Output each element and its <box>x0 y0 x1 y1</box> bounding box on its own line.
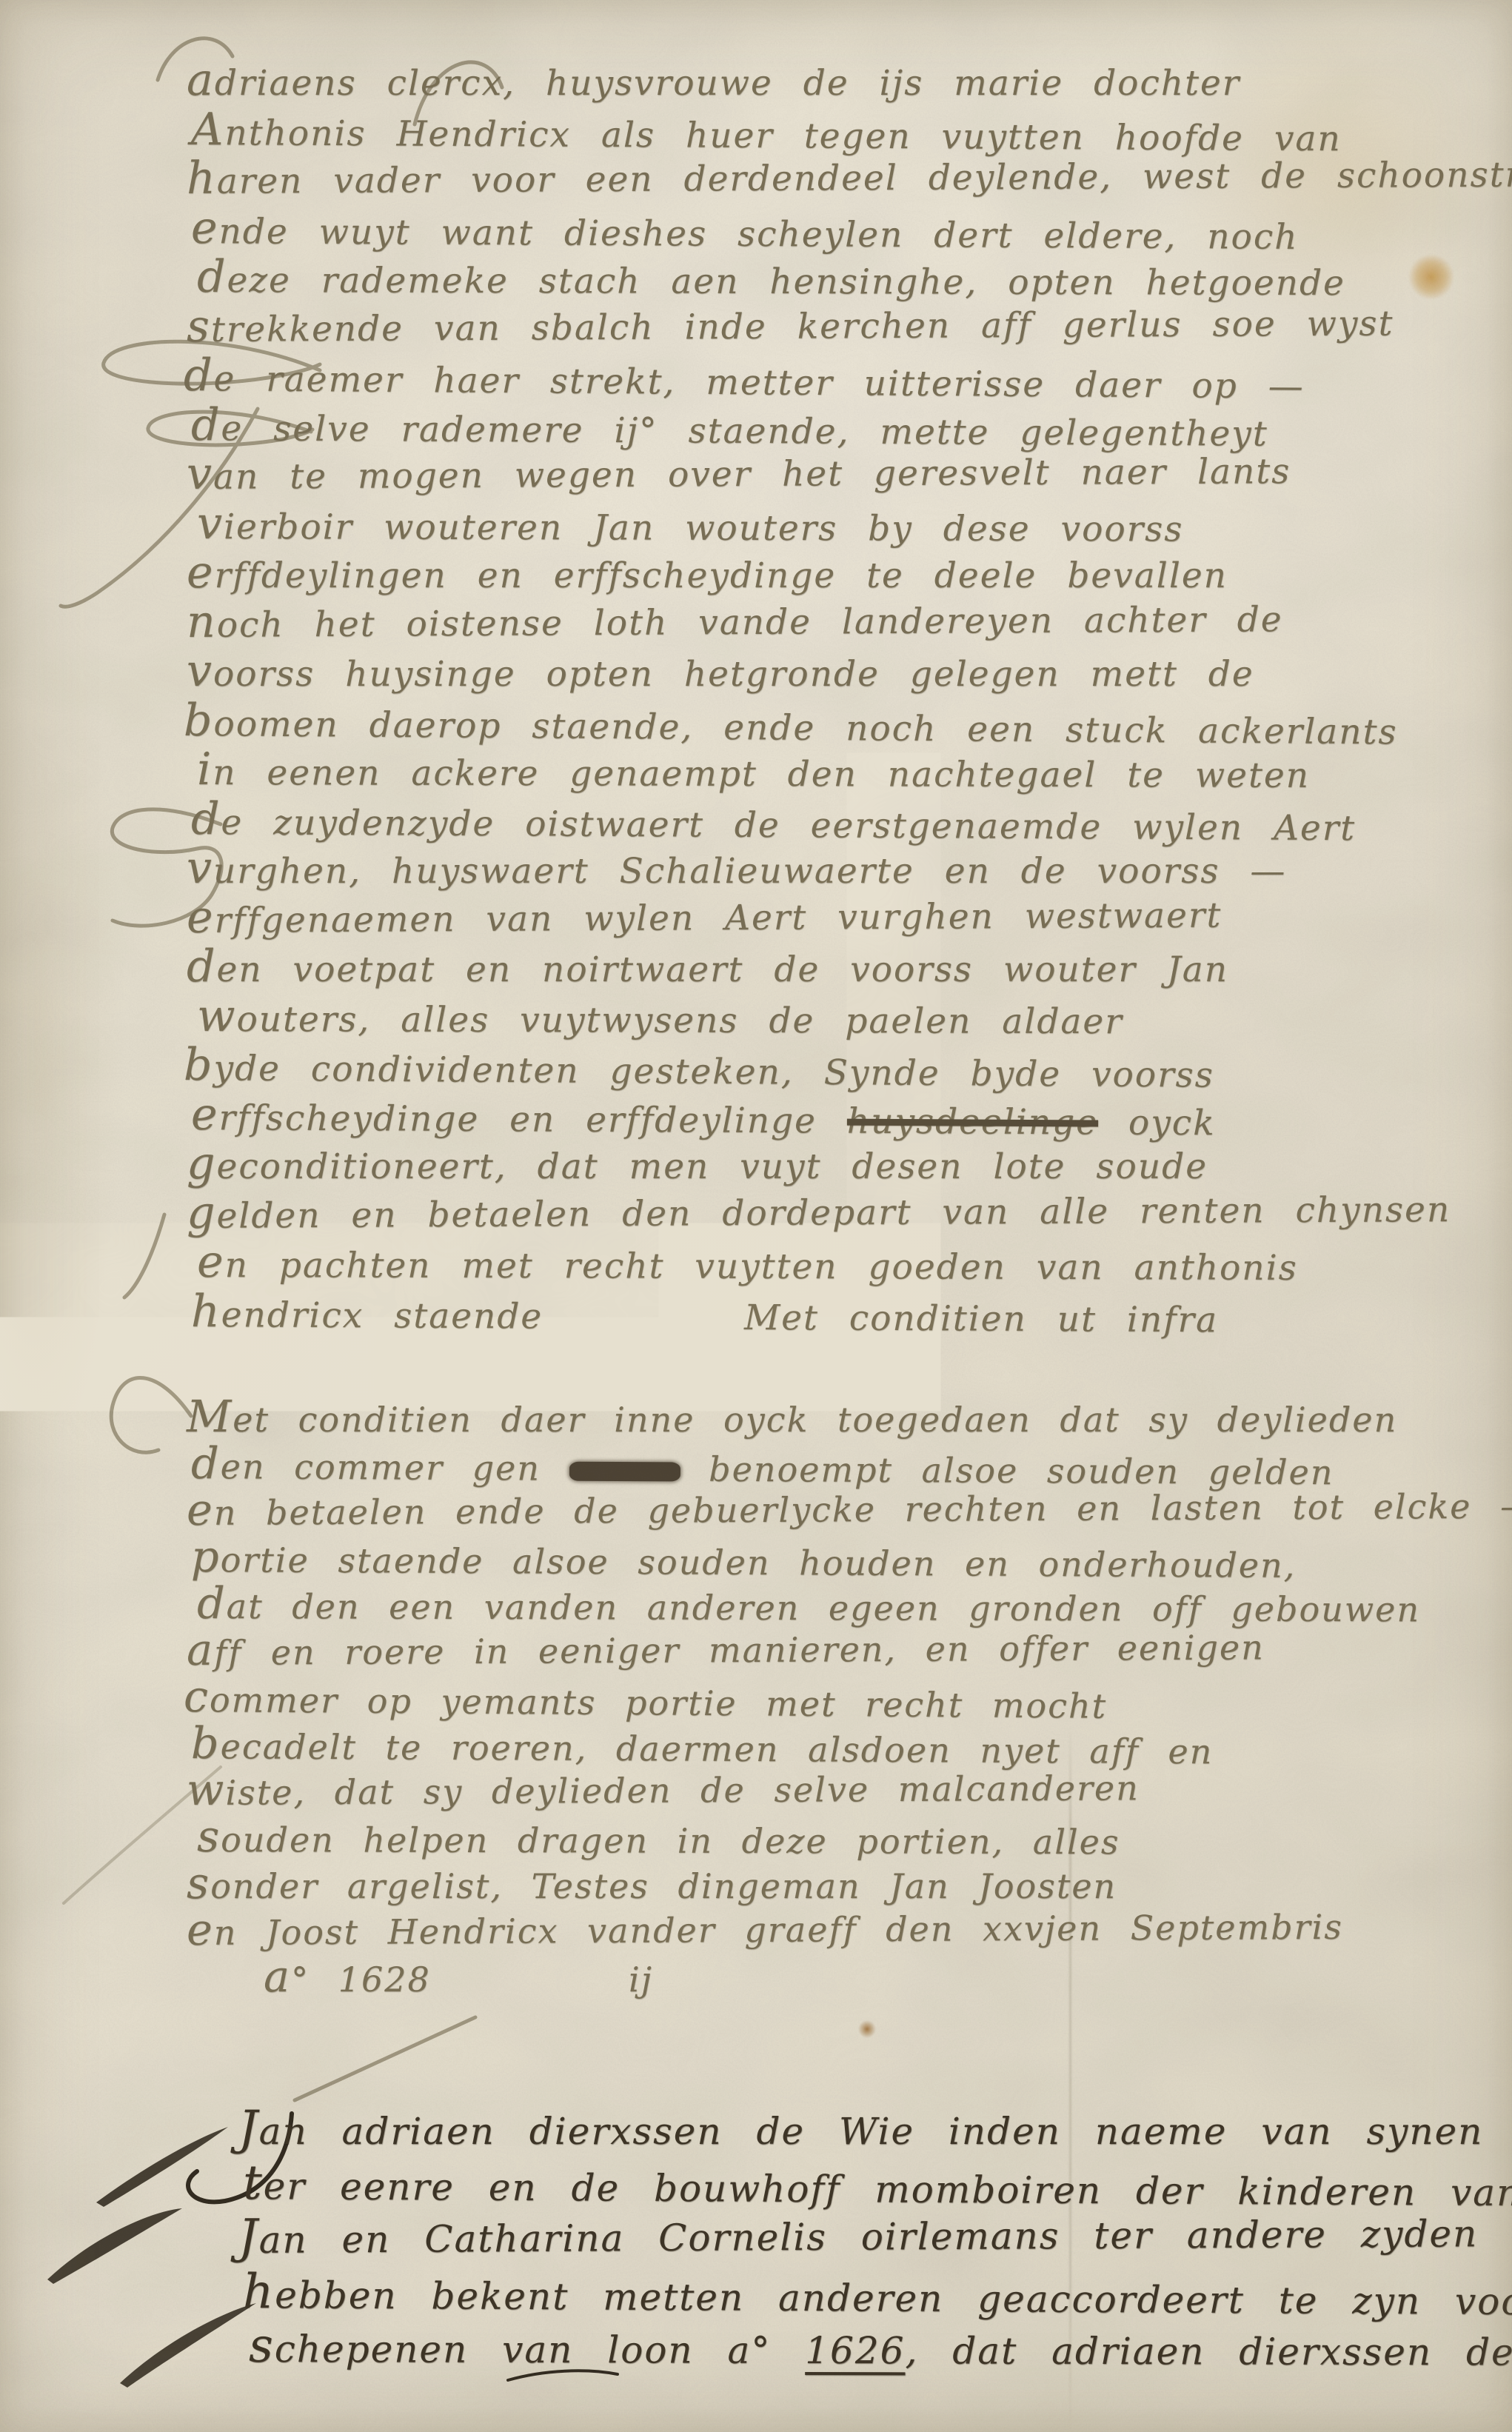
manuscript-line: byde condividenten gesteken, Synde byde … <box>184 1043 1472 1101</box>
manuscript-line: schepenen van loon a° 1626, dat adriaen … <box>249 2322 1478 2380</box>
manuscript-line: voorss huysinge opten hetgronde gelegen … <box>187 649 1475 698</box>
manuscript-line: a° 1628 ij <box>187 1955 1475 2002</box>
ink-blot <box>569 1462 680 1482</box>
foxing-spot <box>857 2020 877 2038</box>
manuscript-line: aff en roere in eeniger manieren, en off… <box>187 1622 1475 1675</box>
manuscript-line: hebben bekent metten anderen geaccordeer… <box>243 2268 1472 2329</box>
manuscript-line: adriaens clercx, huysvrouwe de ijs marie… <box>187 58 1475 107</box>
spacer <box>573 1328 714 1329</box>
manuscript-line: wiste, dat sy deylieden de selve malcand… <box>187 1762 1475 1815</box>
manuscript-line: en pachten met recht vuytten goeden van … <box>197 1240 1485 1292</box>
date-flourish-stroke <box>295 2017 475 2100</box>
pen-flourish <box>124 1215 164 1297</box>
manuscript-line: en Joost Hendricx vander graeff den xxvj… <box>187 1902 1475 1955</box>
manuscript-line: erffgenaemen van wylen Aert vurghen west… <box>187 888 1475 944</box>
pen-flourish-dark <box>120 2303 256 2388</box>
text-block-conditions: Met conditien daer inne oyck toegedaen d… <box>187 1395 1475 2002</box>
manuscript-line: de zuydenzyde oistwaert de eerstgenaemde… <box>191 797 1479 853</box>
manuscript-line: en betaelen ende de gebuerlycke rechten … <box>187 1482 1475 1535</box>
pen-flourish-dark <box>96 2127 228 2207</box>
manuscript-line: geconditioneert, dat men vuyt desen lote… <box>187 1141 1475 1191</box>
manuscript-line: wouters, alles vuytwysens de paelen alda… <box>197 994 1485 1046</box>
text-block-accord-1626: Jan adriaen dierxssen de Wie inden naeme… <box>238 2105 1468 2377</box>
manuscript-line: Met conditien daer inne oyck toegedaen d… <box>187 1395 1475 1442</box>
manuscript-line: in eenen ackere genaempt den nachtegael … <box>197 747 1485 800</box>
manuscript-line: haren vader voor een derdendeel deylende… <box>187 150 1475 206</box>
manuscript-line: sonder argelist, Testes dingeman Jan Joo… <box>187 1862 1475 1908</box>
manuscript-line: vurghen, huyswaert Schalieuwaerte en de … <box>187 846 1475 895</box>
manuscript-line: strekkende van sbalch inde kerchen aff g… <box>187 297 1475 353</box>
manuscript-line: vierboir wouteren Jan wouters by dese vo… <box>197 501 1485 554</box>
manuscript-line: Jan adriaen dierxssen de Wie inden naeme… <box>238 2105 1468 2159</box>
manuscript-line: souden helpen dragen in deze portien, al… <box>197 1815 1485 1865</box>
pen-flourish <box>111 1377 191 1452</box>
underlined-date: 1626 <box>805 2329 905 2372</box>
manuscript-line: den voetpat en noirtwaert de voorss wout… <box>187 944 1475 994</box>
damp-stain <box>0 607 126 1459</box>
manuscript-line: hendricx staende Met conditien ut infra <box>191 1289 1479 1346</box>
manuscript-line: ende wuyt want dieshes scheylen dert eld… <box>191 206 1479 262</box>
manuscript-line: de raemer haer strekt, metter uitterisse… <box>184 353 1472 412</box>
manuscript-line: van te mogen wegen over het geresvelt na… <box>187 445 1475 501</box>
pen-flourish-dark <box>47 2208 182 2284</box>
manuscript-line: gelden en betaelen den dordepart van all… <box>187 1183 1475 1240</box>
manuscript-line: portie staende alsoe souden houden en on… <box>191 1535 1479 1589</box>
manuscript-line: Jan en Catharina Cornelis oirlemans ter … <box>238 2207 1468 2268</box>
struck-word: huysdeelinge <box>847 1100 1098 1143</box>
manuscript-line: erffscheydinge en erffdeylinge huysdeeli… <box>191 1092 1479 1149</box>
manuscript-line: noch het oistense loth vande landereyen … <box>187 592 1475 649</box>
text-block-deed-partition: adriaens clercx, huysvrouwe de ijs marie… <box>187 58 1475 1338</box>
manuscript-scan: { "doc": { "blocks": [ { "name": "erfdey… <box>0 0 1512 2432</box>
manuscript-line: erffdeylingen en erffscheydinge te deele… <box>187 550 1475 600</box>
